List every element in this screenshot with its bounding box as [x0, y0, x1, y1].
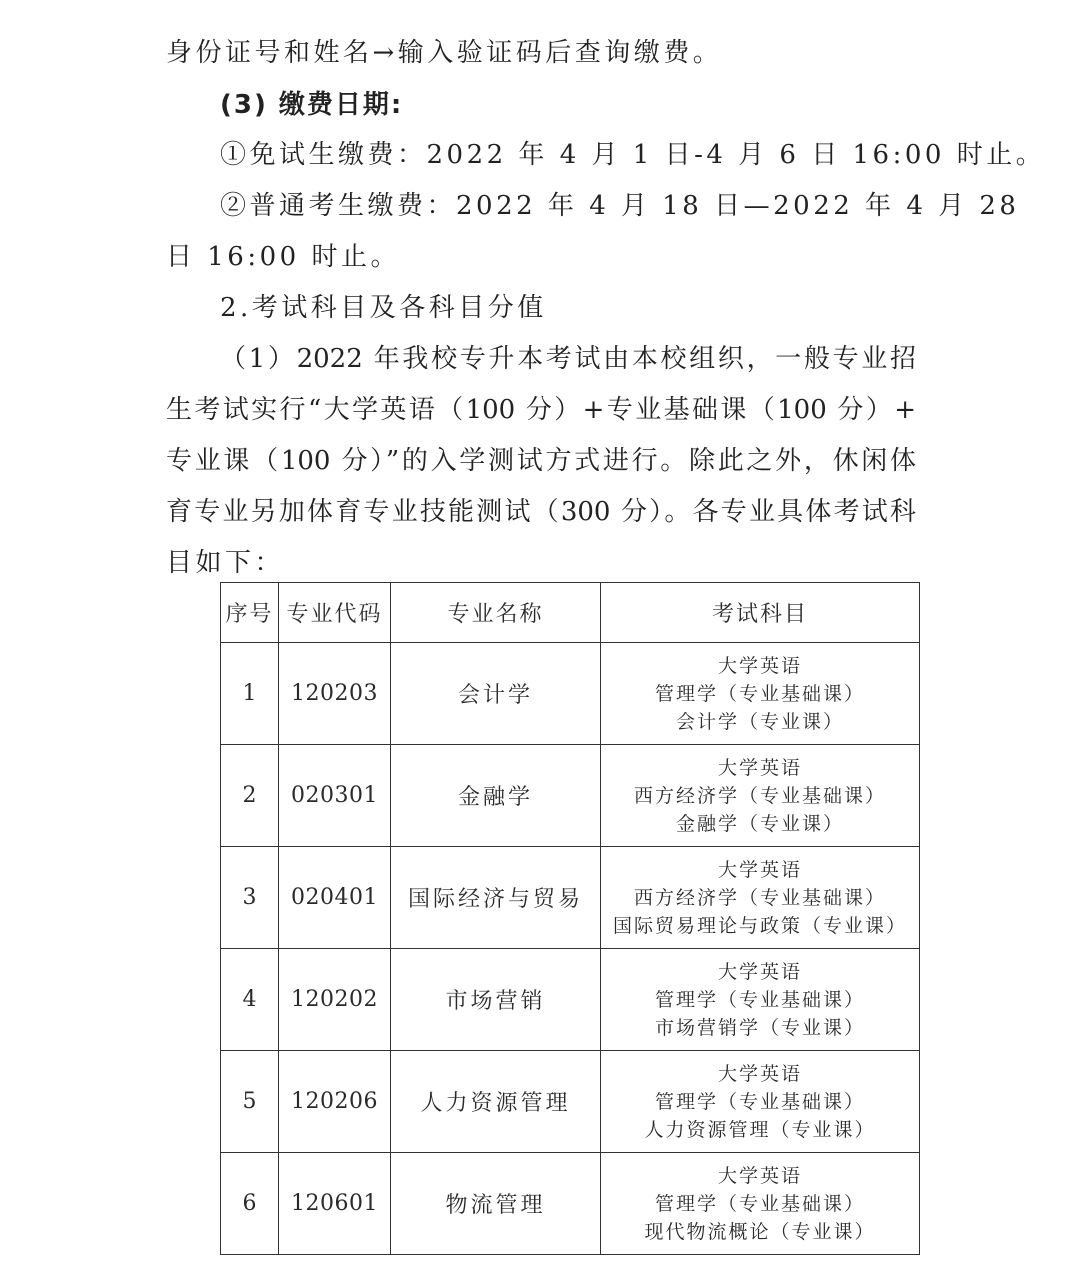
row-no: 6 — [221, 1153, 279, 1255]
subject-item: 金融学（专业课） — [601, 810, 919, 838]
major-name: 会计学 — [391, 643, 601, 745]
subject-item: 会计学（专业课） — [601, 708, 919, 736]
subject-item: 大学英语 — [601, 958, 919, 986]
subject-item: 管理学（专业基础课） — [601, 1190, 919, 1218]
payment-item-regular: ②普通考生缴费：2022 年 4 月 18 日—2022 年 4 月 28 — [220, 189, 916, 223]
table-row: 6 120601 物流管理 大学英语 管理学（专业基础课） 现代物流概论（专业课… — [221, 1153, 920, 1255]
major-name: 物流管理 — [391, 1153, 601, 1255]
subject-item: 管理学（专业基础课） — [601, 680, 919, 708]
header-subjects: 考试科目 — [601, 583, 920, 643]
paragraph-line: 育专业另加体育专业技能测试（300 分）。各专业具体考试科 — [166, 495, 916, 529]
section-heading-exam-subjects: 2.考试科目及各科目分值 — [220, 291, 970, 325]
header-no: 序号 — [221, 583, 279, 643]
exam-subjects: 大学英语 管理学（专业基础课） 现代物流概论（专业课） — [601, 1153, 920, 1255]
subject-item: 现代物流概论（专业课） — [601, 1218, 919, 1246]
subject-item: 大学英语 — [601, 652, 919, 680]
major-code: 120601 — [279, 1153, 391, 1255]
paragraph-line: 身份证号和姓名→输入验证码后查询缴费。 — [166, 36, 916, 70]
table-row: 5 120206 人力资源管理 大学英语 管理学（专业基础课） 人力资源管理（专… — [221, 1051, 920, 1153]
table-row: 1 120203 会计学 大学英语 管理学（专业基础课） 会计学（专业课） — [221, 643, 920, 745]
exam-subjects-table: 序号 专业代码 专业名称 考试科目 1 120203 会计学 大学英语 管理学（… — [220, 582, 920, 1255]
subject-item: 大学英语 — [601, 754, 919, 782]
major-code: 120206 — [279, 1051, 391, 1153]
subject-item: 西方经济学（专业基础课） — [601, 782, 919, 810]
subject-item: 大学英语 — [601, 1060, 919, 1088]
exam-subjects: 大学英语 管理学（专业基础课） 市场营销学（专业课） — [601, 949, 920, 1051]
row-no: 1 — [221, 643, 279, 745]
paragraph-line: 目如下： — [166, 546, 916, 580]
paragraph-line: 生考试实行“大学英语（100 分）+专业基础课（100 分）+ — [166, 393, 916, 427]
header-major: 专业名称 — [391, 583, 601, 643]
payment-item-exempt: ①免试生缴费：2022 年 4 月 1 日-4 月 6 日 16:00 时止。 — [220, 138, 970, 172]
major-code: 020401 — [279, 847, 391, 949]
paragraph-line: 专业课（100 分）”的入学测试方式进行。除此之外，休闲体 — [166, 444, 916, 478]
major-code: 120203 — [279, 643, 391, 745]
row-no: 2 — [221, 745, 279, 847]
header-code: 专业代码 — [279, 583, 391, 643]
subject-item: 国际贸易理论与政策（专业课） — [601, 912, 919, 940]
row-no: 5 — [221, 1051, 279, 1153]
heading-payment-dates: (3) 缴费日期: — [220, 88, 970, 122]
exam-subjects: 大学英语 西方经济学（专业基础课） 国际贸易理论与政策（专业课） — [601, 847, 920, 949]
row-no: 3 — [221, 847, 279, 949]
major-code: 020301 — [279, 745, 391, 847]
subject-item: 市场营销学（专业课） — [601, 1014, 919, 1042]
table-row: 2 020301 金融学 大学英语 西方经济学（专业基础课） 金融学（专业课） — [221, 745, 920, 847]
exam-subjects: 大学英语 西方经济学（专业基础课） 金融学（专业课） — [601, 745, 920, 847]
table-row: 3 020401 国际经济与贸易 大学英语 西方经济学（专业基础课） 国际贸易理… — [221, 847, 920, 949]
major-name: 市场营销 — [391, 949, 601, 1051]
subject-item: 管理学（专业基础课） — [601, 986, 919, 1014]
row-no: 4 — [221, 949, 279, 1051]
table-row: 4 120202 市场营销 大学英语 管理学（专业基础课） 市场营销学（专业课） — [221, 949, 920, 1051]
document-page: 身份证号和姓名→输入验证码后查询缴费。 (3) 缴费日期: ①免试生缴费：202… — [0, 0, 1080, 1280]
major-name: 金融学 — [391, 745, 601, 847]
subject-item: 人力资源管理（专业课） — [601, 1116, 919, 1144]
exam-subjects: 大学英语 管理学（专业基础课） 人力资源管理（专业课） — [601, 1051, 920, 1153]
subject-item: 西方经济学（专业基础课） — [601, 884, 919, 912]
subject-item: 大学英语 — [601, 1162, 919, 1190]
table-header-row: 序号 专业代码 专业名称 考试科目 — [221, 583, 920, 643]
subject-item: 大学英语 — [601, 856, 919, 884]
payment-item-regular-cont: 日 16:00 时止。 — [166, 240, 916, 274]
major-code: 120202 — [279, 949, 391, 1051]
exam-subjects: 大学英语 管理学（专业基础课） 会计学（专业课） — [601, 643, 920, 745]
subject-item: 管理学（专业基础课） — [601, 1088, 919, 1116]
major-name: 国际经济与贸易 — [391, 847, 601, 949]
major-name: 人力资源管理 — [391, 1051, 601, 1153]
paragraph-line: （1）2022 年我校专升本考试由本校组织，一般专业招 — [220, 342, 916, 376]
